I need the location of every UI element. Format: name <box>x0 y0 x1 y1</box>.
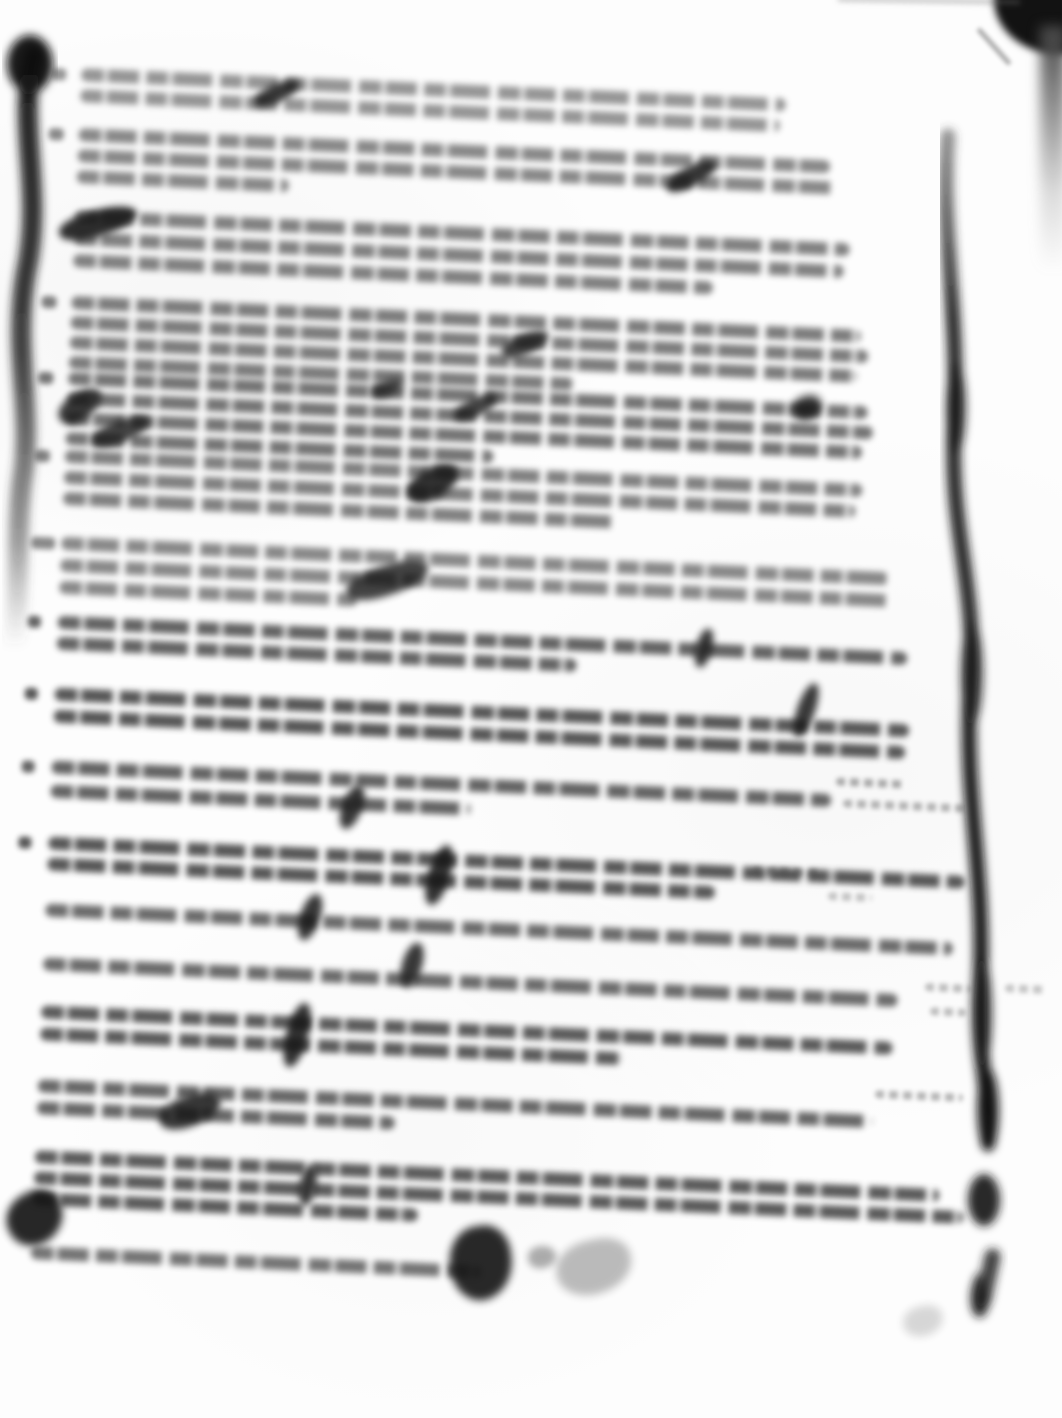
blurred-text-line <box>77 170 289 192</box>
text-layer <box>0 58 1011 1398</box>
question-block <box>40 1005 971 1089</box>
question-block <box>45 904 975 965</box>
question-number-mark <box>28 615 42 628</box>
question-block <box>50 761 981 849</box>
blurred-text-line <box>59 581 357 607</box>
small-text-fragment <box>1005 984 1045 994</box>
blurred-text-line <box>50 785 470 816</box>
question-number-mark <box>38 372 53 385</box>
question-number-mark <box>25 687 39 700</box>
blurred-text-line <box>31 1246 481 1278</box>
question-number-mark <box>35 450 50 463</box>
question-block <box>73 210 1005 316</box>
small-text-fragment <box>930 1007 966 1017</box>
scanned-document-page <box>0 0 1062 1418</box>
right-edge-band <box>1040 26 1062 271</box>
question-number-mark <box>31 537 55 550</box>
question-block <box>53 688 984 772</box>
question-number-mark <box>51 68 66 81</box>
question-number-mark <box>48 128 63 141</box>
question-block <box>47 837 978 919</box>
question-block <box>43 957 973 1018</box>
question-number-mark <box>18 836 32 849</box>
question-number-mark <box>41 296 56 309</box>
question-number-mark <box>21 760 35 773</box>
blurred-text-line <box>43 957 898 1007</box>
top-edge-shadow <box>838 0 1020 5</box>
